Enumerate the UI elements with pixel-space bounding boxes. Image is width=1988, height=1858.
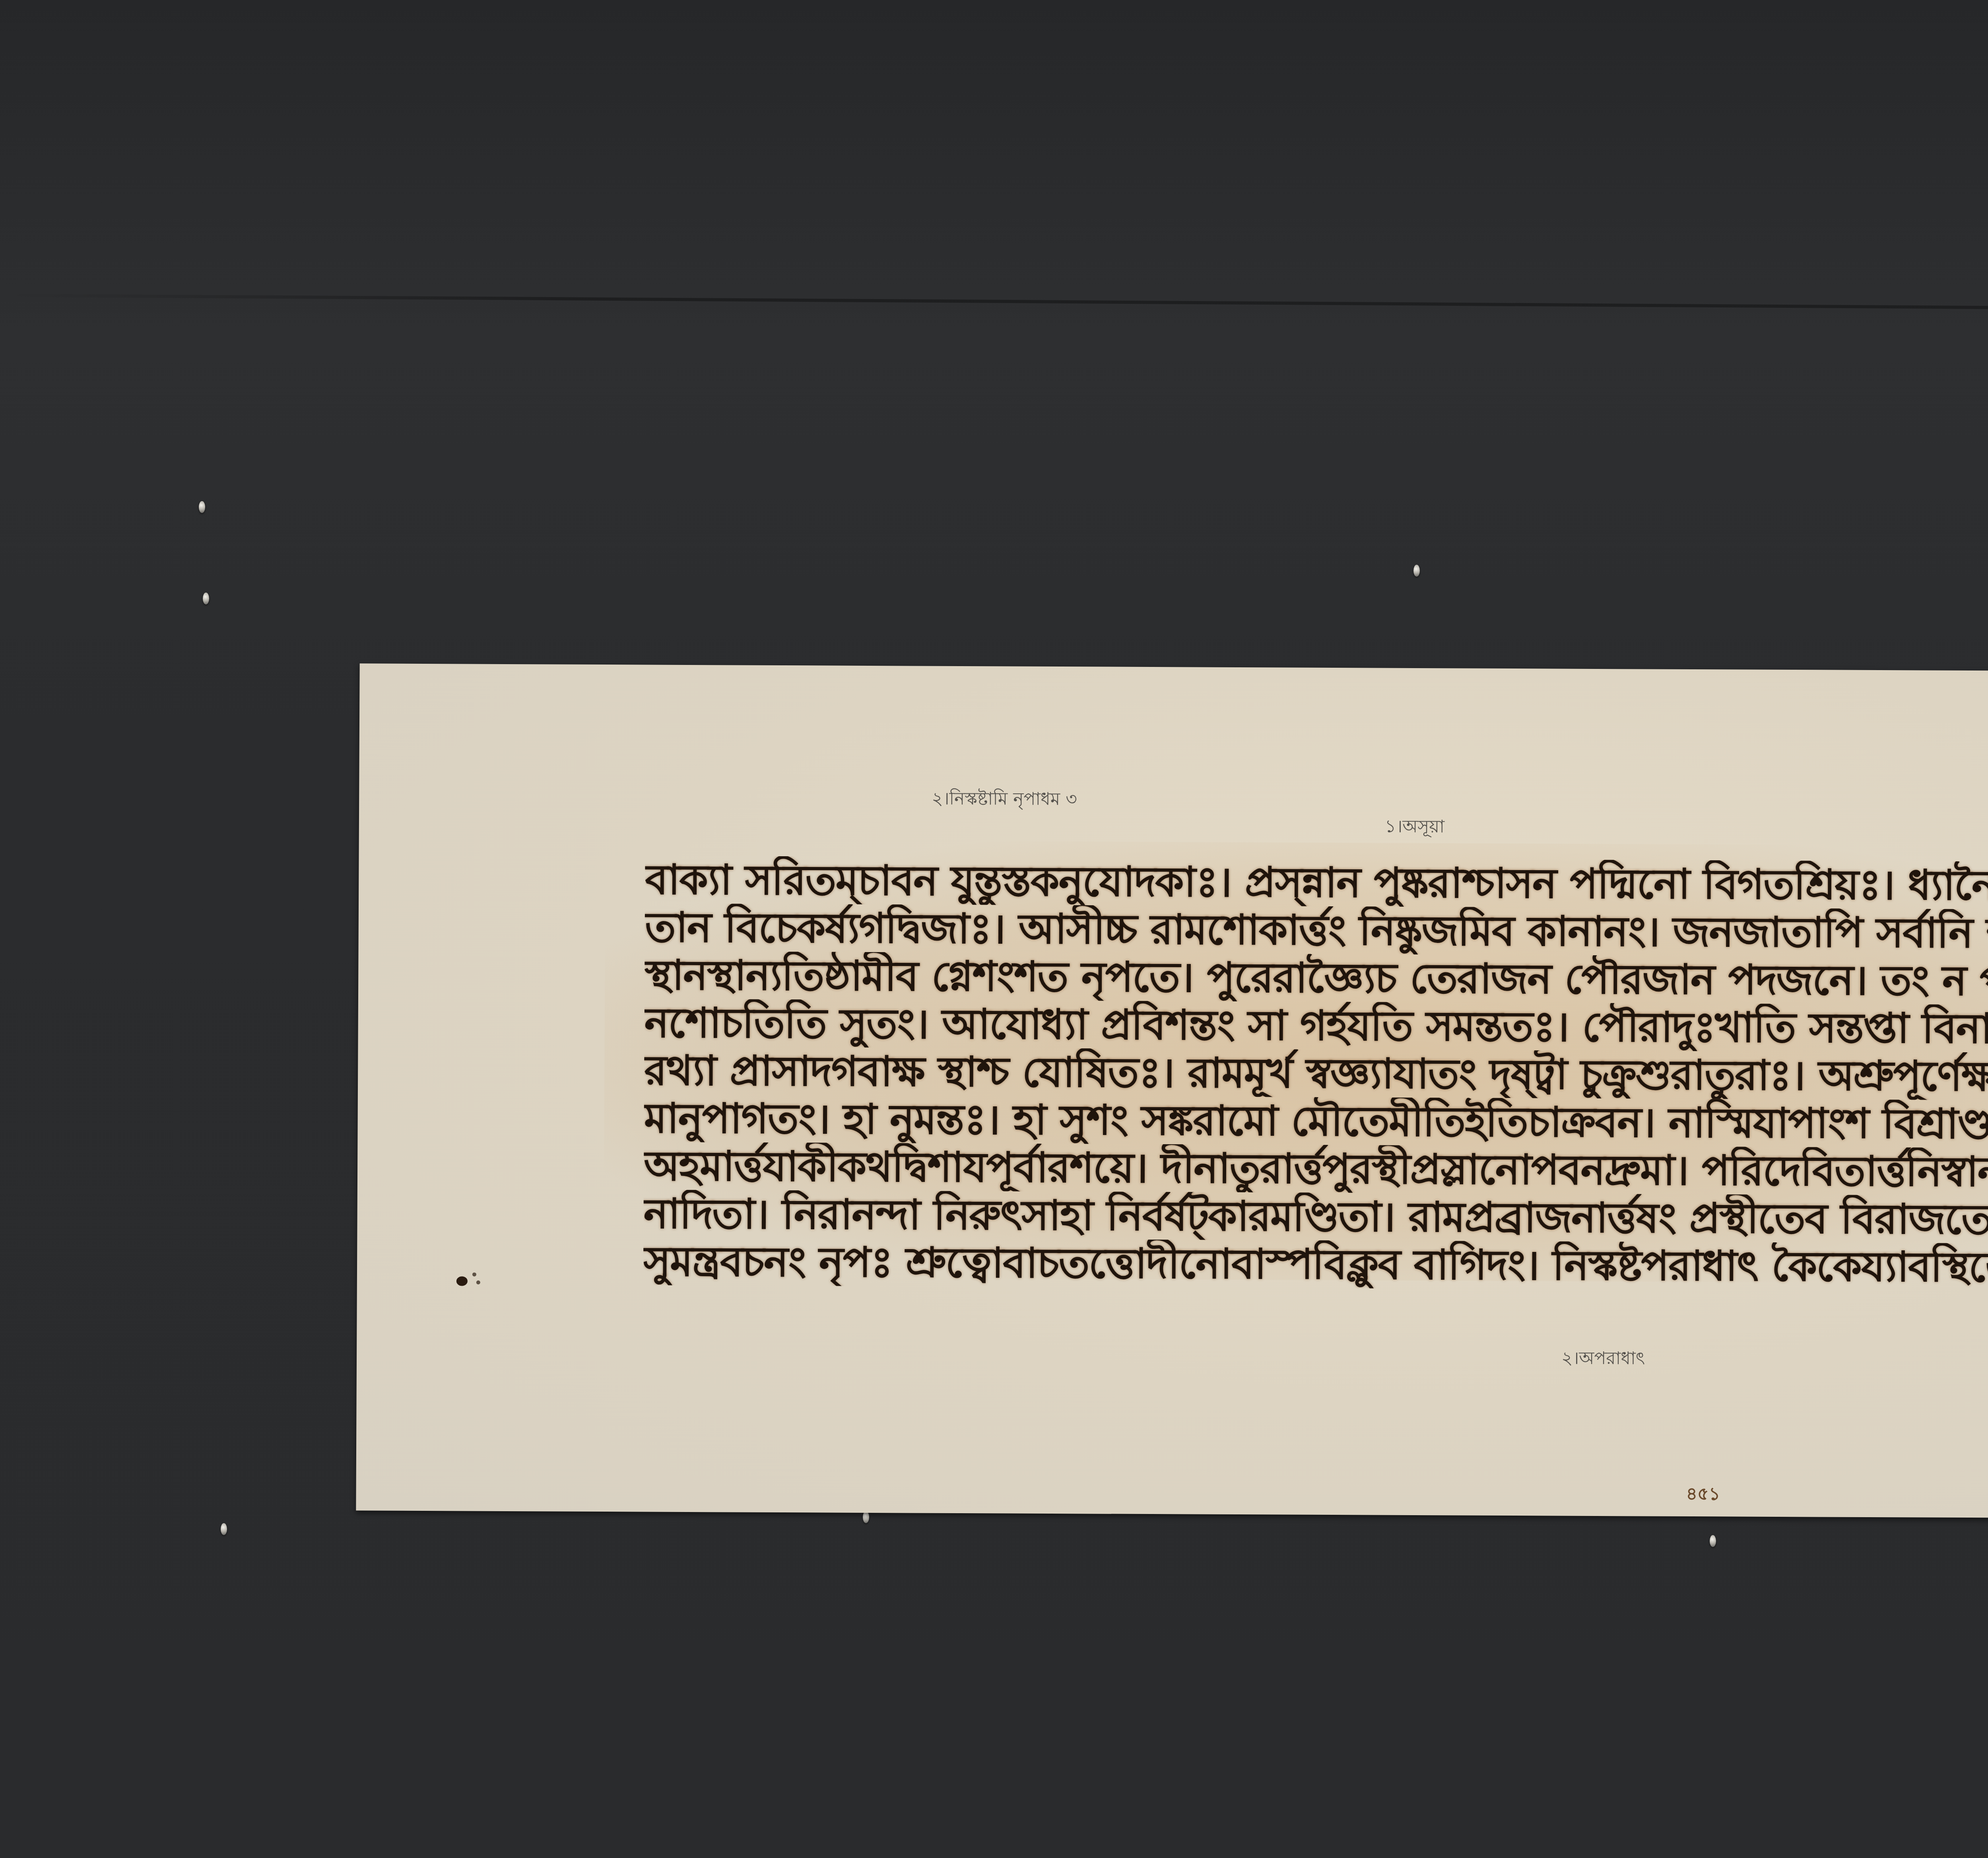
mounting-pin (199, 501, 205, 513)
text-line-7: অহমার্ত্তযাকীকথদ্বিশাযপূর্বারশয়ে। দীনাত… (644, 1142, 1988, 1198)
annotation-top-center: ১।অসূয়া (1385, 813, 1444, 843)
text-line-5: রথ্যা প্রাসাদগবাক্ষ স্থাশ্চ যোষিতঃ। রামম… (644, 1046, 1988, 1103)
manuscript-text-block: বাক্যা সরিতম্চাবন যুন্তুস্তকনুযোদকাঃ। প্… (643, 855, 1988, 1294)
text-line-8: নাদিতা। নিরানন্দা নিরুৎসাহা নির্বর্ষট্কা… (643, 1189, 1988, 1246)
text-line-9: সুমন্ত্রবচনং নৃপঃ শ্রুত্বোবাচতত্তোদীনোবা… (643, 1237, 1988, 1294)
text-line-6: মানুপাগতং। হা নুমন্তঃ। হা সুশং সঙ্করামো … (644, 1094, 1988, 1151)
text-line-4: নশোচতিতি সুতং। আযোধ্যা প্রবিশন্তং সা গর্… (644, 999, 1988, 1055)
text-line-2: তান বিচেকর্ষ্যগদ্বিজাঃ। আসীচ্চ রামশোকার্… (645, 903, 1988, 960)
margin-ink-dot (456, 1276, 468, 1286)
folio-number-bottom: ৪৫১ (1686, 1481, 1720, 1510)
text-line-1: বাক্যা সরিতম্চাবন যুন্তুস্তকনুযোদকাঃ। প্… (645, 855, 1988, 912)
mounting-pin (863, 1511, 869, 1523)
text-line-3: স্থানস্থান্যতিষ্ঠামীব গ্নেশংশত নৃপতে। পু… (645, 951, 1988, 1007)
margin-ink-dot (476, 1281, 480, 1285)
annotation-top-left: ২।নিস্কষ্টামি নৃপাধম ৩ (932, 785, 1077, 815)
mounting-pin (203, 593, 209, 604)
mounting-pin (1710, 1535, 1716, 1547)
mounting-pin (1413, 565, 1420, 577)
manuscript-leaf: ২।নিস্কষ্টামি নৃপাধম ৩ ১।অসূয়া ৫৭ ৫॥ বা… (356, 663, 1988, 1520)
annotation-bottom-center: ২।অপরাধাৎ (1561, 1345, 1645, 1374)
mounting-pin (221, 1523, 227, 1535)
margin-ink-dot (472, 1273, 476, 1277)
